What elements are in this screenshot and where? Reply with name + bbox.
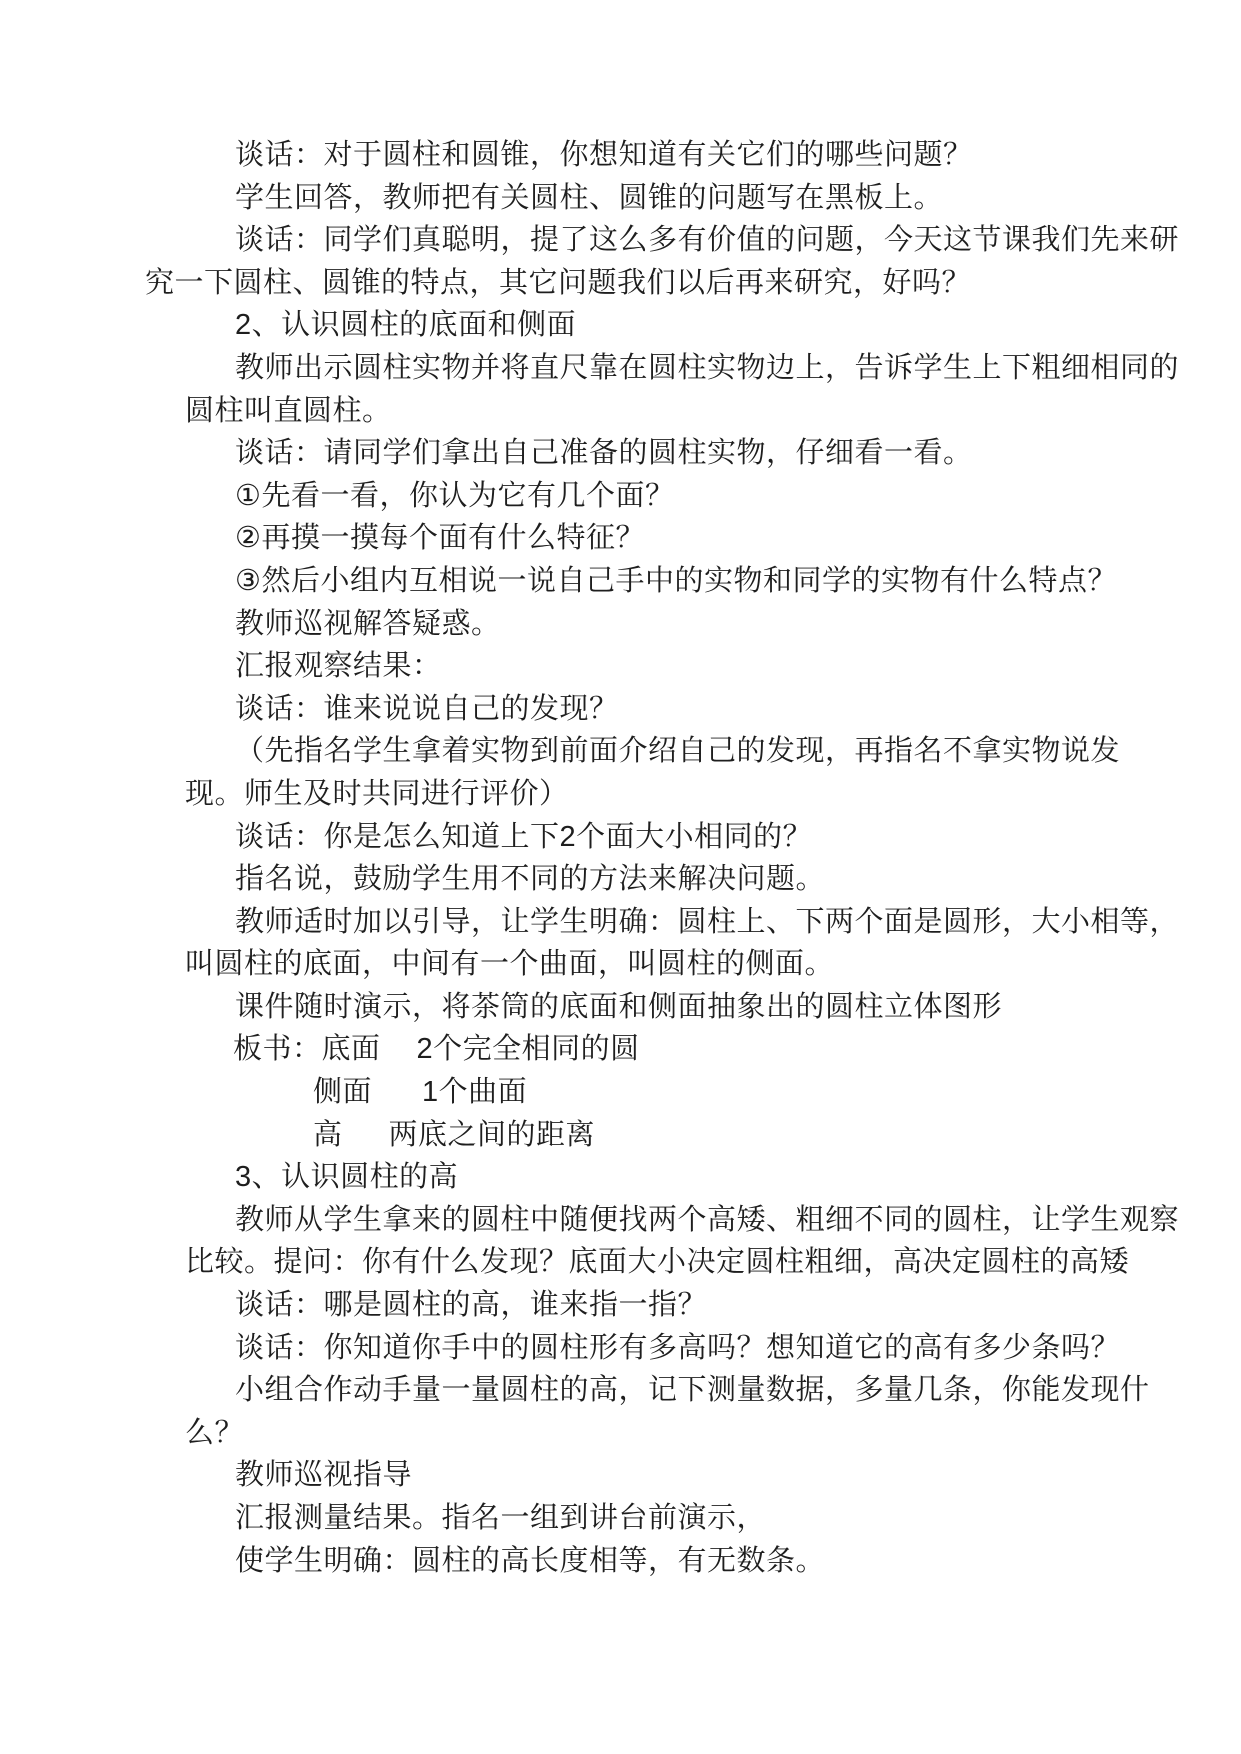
- text-line: 板书：底面2个完全相同的圆: [145, 1028, 1145, 1071]
- text-segment: ①先看一看，你认为它有几个面？: [235, 480, 675, 512]
- text-segment: 小组合作动手量一量圆柱的高，记下测量数据，多量几条，你能发现什: [235, 1374, 1150, 1406]
- text-line: 谈话：你知道你手中的圆柱形有多高吗？想知道它的高有多少条吗？: [145, 1327, 1145, 1370]
- text-line: 谈话：对于圆柱和圆锥，你想知道有关它们的哪些问题？: [145, 134, 1145, 177]
- text-segment: 板书：底面: [233, 1033, 381, 1065]
- text-segment: 使学生明确：圆柱的高长度相等，有无数条。: [235, 1545, 825, 1577]
- text-line: 谈话：你是怎么知道上下2个面大小相同的？: [145, 816, 1145, 859]
- text-line: 究一下圆柱、圆锥的特点，其它问题我们以后再来研究，好吗？: [145, 262, 1145, 305]
- text-segment: 1个曲面: [422, 1076, 527, 1108]
- text-segment: 谈话：请同学们拿出自己准备的圆柱实物，仔细看一看。: [235, 437, 973, 469]
- text-segment: 谈话：谁来说说自己的发现？: [235, 693, 619, 725]
- text-line: 叫圆柱的底面，中间有一个曲面，叫圆柱的侧面。: [145, 943, 1145, 986]
- text-segment: 汇报测量结果。指名一组到讲台前演示，: [235, 1502, 766, 1534]
- text-segment: 2、认识圆柱的底面和侧面: [235, 309, 576, 341]
- text-segment: 现。师生及时共同进行评价）: [185, 778, 569, 810]
- text-line: 汇报观察结果：: [145, 645, 1145, 688]
- text-segment: 究一下圆柱、圆锥的特点，其它问题我们以后再来研究，好吗？: [145, 267, 971, 299]
- text-segment: 谈话：同学们真聪明，提了这么多有价值的问题，今天这节课我们先来研: [235, 224, 1179, 256]
- text-segment: 3、认识圆柱的高: [235, 1161, 458, 1193]
- text-line: 教师巡视解答疑惑。: [145, 603, 1145, 646]
- lesson-plan-text: 谈话：对于圆柱和圆锥，你想知道有关它们的哪些问题？学生回答，教师把有关圆柱、圆锥…: [145, 134, 1145, 1582]
- text-line: 现。师生及时共同进行评价）: [145, 773, 1145, 816]
- text-segment: 谈话：你知道你手中的圆柱形有多高吗？想知道它的高有多少条吗？: [235, 1332, 1120, 1364]
- text-line: 么？: [145, 1412, 1145, 1455]
- text-line: 谈话：同学们真聪明，提了这么多有价值的问题，今天这节课我们先来研: [145, 219, 1145, 262]
- text-line: 教师从学生拿来的圆柱中随便找两个高矮、粗细不同的圆柱，让学生观察: [145, 1199, 1145, 1242]
- text-segment: 汇报观察结果：: [235, 650, 442, 682]
- text-line: 教师出示圆柱实物并将直尺靠在圆柱实物边上，告诉学生上下粗细相同的: [145, 347, 1145, 390]
- text-line: 学生回答，教师把有关圆柱、圆锥的问题写在黑板上。: [145, 177, 1145, 220]
- text-line: 2、认识圆柱的底面和侧面: [145, 304, 1145, 347]
- text-segment: ②再摸一摸每个面有什么特征？: [235, 522, 645, 554]
- text-segment: 侧面: [313, 1076, 372, 1108]
- text-line: 谈话：请同学们拿出自己准备的圆柱实物，仔细看一看。: [145, 432, 1145, 475]
- text-line: 高两底之间的距离: [145, 1114, 1145, 1157]
- text-segment: 教师巡视指导: [235, 1459, 412, 1491]
- text-line: 圆柱叫直圆柱。: [145, 390, 1145, 433]
- text-segment: 教师巡视解答疑惑。: [235, 608, 501, 640]
- text-segment: 谈话：对于圆柱和圆锥，你想知道有关它们的哪些问题？: [235, 139, 973, 171]
- document-page: 谈话：对于圆柱和圆锥，你想知道有关它们的哪些问题？学生回答，教师把有关圆柱、圆锥…: [0, 0, 1241, 1754]
- text-segment: ③然后小组内互相说一说自己手中的实物和同学的实物有什么特点？: [235, 565, 1117, 597]
- text-line: 谈话：哪是圆柱的高，谁来指一指？: [145, 1284, 1145, 1327]
- text-segment: 叫圆柱的底面，中间有一个曲面，叫圆柱的侧面。: [185, 948, 834, 980]
- text-segment: 学生回答，教师把有关圆柱、圆锥的问题写在黑板上。: [235, 182, 943, 214]
- text-line: ③然后小组内互相说一说自己手中的实物和同学的实物有什么特点？: [145, 560, 1145, 603]
- text-segment: 两底之间的距离: [389, 1119, 596, 1151]
- text-segment: （先指名学生拿着实物到前面介绍自己的发现，再指名不拿实物说发: [235, 735, 1120, 767]
- text-segment: 圆柱叫直圆柱。: [185, 395, 392, 427]
- text-segment: 2个完全相同的圆: [417, 1033, 640, 1065]
- text-segment: 谈话：你是怎么知道上下2个面大小相同的？: [235, 821, 812, 853]
- text-line: 指名说，鼓励学生用不同的方法来解决问题。: [145, 858, 1145, 901]
- text-segment: 谈话：哪是圆柱的高，谁来指一指？: [235, 1289, 707, 1321]
- text-line: 3、认识圆柱的高: [145, 1156, 1145, 1199]
- text-line: ②再摸一摸每个面有什么特征？: [145, 517, 1145, 560]
- text-segment: 么？: [185, 1417, 244, 1449]
- text-line: 教师适时加以引导，让学生明确：圆柱上、下两个面是圆形，大小相等，: [145, 901, 1145, 944]
- text-line: 比较。提问：你有什么发现？底面大小决定圆柱粗细，高决定圆柱的高矮: [145, 1241, 1145, 1284]
- text-segment: 高: [313, 1119, 343, 1151]
- text-line: ①先看一看，你认为它有几个面？: [145, 475, 1145, 518]
- text-line: 汇报测量结果。指名一组到讲台前演示，: [145, 1497, 1145, 1540]
- text-line: 使学生明确：圆柱的高长度相等，有无数条。: [145, 1540, 1145, 1583]
- text-segment: 指名说，鼓励学生用不同的方法来解决问题。: [235, 863, 825, 895]
- text-line: 教师巡视指导: [145, 1454, 1145, 1497]
- text-segment: 教师从学生拿来的圆柱中随便找两个高矮、粗细不同的圆柱，让学生观察: [235, 1204, 1179, 1236]
- text-line: （先指名学生拿着实物到前面介绍自己的发现，再指名不拿实物说发: [145, 730, 1145, 773]
- text-line: 小组合作动手量一量圆柱的高，记下测量数据，多量几条，你能发现什: [145, 1369, 1145, 1412]
- text-segment: 教师出示圆柱实物并将直尺靠在圆柱实物边上，告诉学生上下粗细相同的: [235, 352, 1179, 384]
- text-segment: 比较。提问：你有什么发现？底面大小决定圆柱粗细，高决定圆柱的高矮: [185, 1246, 1129, 1278]
- text-segment: 课件随时演示，将茶筒的底面和侧面抽象出的圆柱立体图形: [235, 991, 1002, 1023]
- text-segment: 教师适时加以引导，让学生明确：圆柱上、下两个面是圆形，大小相等，: [235, 906, 1179, 938]
- text-line: 课件随时演示，将茶筒的底面和侧面抽象出的圆柱立体图形: [145, 986, 1145, 1029]
- text-line: 侧面1个曲面: [145, 1071, 1145, 1114]
- text-line: 谈话：谁来说说自己的发现？: [145, 688, 1145, 731]
